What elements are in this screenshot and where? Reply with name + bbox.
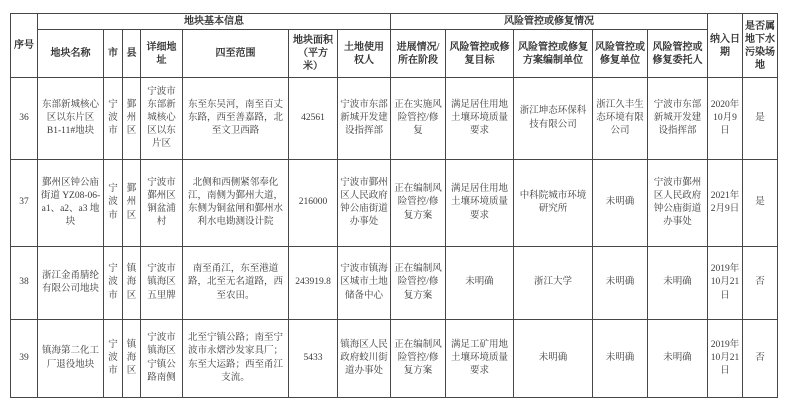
row36-progress: 正在实施风险管控/修复	[391, 78, 446, 160]
row38-name: 浙江金甬腈纶有限公司地块	[38, 247, 104, 320]
row38-address: 宁波市镇海区五里牌	[141, 247, 183, 320]
header-groundwater: 是否属地下水污染场地	[743, 14, 778, 78]
header-city: 市	[104, 30, 123, 78]
row37-progress: 正在编制风险管控/修复方案	[391, 160, 446, 247]
row37-county: 鄞州区	[123, 160, 141, 247]
header-plan-unit: 风险管控或修复方案编制单位	[514, 30, 593, 78]
row36-county: 鄞州区	[123, 78, 141, 160]
row38-date: 2019年10月21日	[708, 247, 743, 320]
row37-repair-unit: 未明确	[593, 160, 648, 247]
row38-city: 宁波市	[104, 247, 123, 320]
land-parcel-table: 序号 地块基本信息 风险管控或修复情况 纳入日期 是否属地下水污染场地 地块名称…	[10, 13, 778, 398]
row37-name: 鄞州区钟公庙街道 YZ08-06-a1、a2、a3 地块	[38, 160, 104, 247]
row37-boundaries: 北侧和西侧紧邻奉化江，南侧为鄞州大道，东侧为铜盆闸和鄞州水利水电勘测设计院	[183, 160, 289, 247]
row38-client: 未明确	[648, 247, 708, 320]
row37-land-user: 宁波市鄞州区人民政府钟公庙街道办事处	[338, 160, 391, 247]
row39-address: 宁波市镇海区宁镇公路南侧	[141, 320, 183, 398]
row39-date: 2019年10月21日	[708, 320, 743, 398]
header-columns-row: 地块名称 市 县 详细地址 四至范围 地块面积（平方米） 土地使用权人 进展情况…	[11, 30, 778, 78]
row39-groundwater: 否	[743, 320, 778, 398]
row36-repair-unit: 浙江久丰生态环境有限公司	[593, 78, 648, 160]
row37-client: 宁波市鄞州区人民政府钟公庙街道办事处	[648, 160, 708, 247]
row39-name: 镇海第二化工厂退役地块	[38, 320, 104, 398]
row39-county: 镇海区	[123, 320, 141, 398]
row37-plan-unit: 中科院城市环境研究所	[514, 160, 593, 247]
row39-land-user: 镇海区人民政府蛟川街道办事处	[338, 320, 391, 398]
row38-target: 未明确	[446, 247, 514, 320]
row38-county: 镇海区	[123, 247, 141, 320]
row38-repair-unit: 未明确	[593, 247, 648, 320]
header-target: 风险管控或修复目标	[446, 30, 514, 78]
row39-client: 未明确	[648, 320, 708, 398]
row38-area: 243919.8	[289, 247, 338, 320]
header-group-risk-status: 风险管控或修复情况	[391, 14, 708, 30]
header-date: 纳入日期	[708, 14, 743, 78]
header-address: 详细地址	[141, 30, 183, 78]
header-serial: 序号	[11, 14, 38, 78]
header-boundaries: 四至范围	[183, 30, 289, 78]
row38-plan-unit: 浙江大学	[514, 247, 593, 320]
row38-serial: 38	[11, 247, 38, 320]
row36-area: 42561	[289, 78, 338, 160]
row37-groundwater: 是	[743, 160, 778, 247]
row39-plan-unit: 未明确	[514, 320, 593, 398]
row38-boundaries: 南至甬江，东至港道路，北至无名道路，西至农田。	[183, 247, 289, 320]
row38-land-user: 宁波市镇海区城市土地储备中心	[338, 247, 391, 320]
row36-land-user: 宁波市东部新城开发建设指挥部	[338, 78, 391, 160]
row39-area: 5433	[289, 320, 338, 398]
header-group-row: 序号 地块基本信息 风险管控或修复情况 纳入日期 是否属地下水污染场地	[11, 14, 778, 30]
header-group-basic-info: 地块基本信息	[38, 14, 391, 30]
row39-repair-unit: 未明确	[593, 320, 648, 398]
row39-city: 宁波市	[104, 320, 123, 398]
row36-address: 宁波市东部新城核心区以东片区	[141, 78, 183, 160]
row39-target: 满足工矿用地土壤环境质量要求	[446, 320, 514, 398]
row36-date: 2020年10月9日	[708, 78, 743, 160]
row39-progress: 正在编制风险管控/修复方案	[391, 320, 446, 398]
row37-city: 宁波市	[104, 160, 123, 247]
header-client: 风险管控或修复委托人	[648, 30, 708, 78]
row37-address: 宁波市鄞州区铜盆浦村	[141, 160, 183, 247]
row37-serial: 37	[11, 160, 38, 247]
document-page: 序号 地块基本信息 风险管控或修复情况 纳入日期 是否属地下水污染场地 地块名称…	[0, 0, 800, 407]
row39-boundaries: 北至宁镇公路；南至宁波市永熠沙发家具厂；东至大运路；西至甬江支流。	[183, 320, 289, 398]
header-repair-unit: 风险管控或修复单位	[593, 30, 648, 78]
row36-serial: 36	[11, 78, 38, 160]
row36-groundwater: 是	[743, 78, 778, 160]
row38-progress: 正在编制风险管控/修复方案	[391, 247, 446, 320]
row36-target: 满足居住用地土壤环境质量要求	[446, 78, 514, 160]
row36-plan-unit: 浙江坤态环保科技有限公司	[514, 78, 593, 160]
row36-boundaries: 东至东吴河，南至百丈东路，西至善嘉路，北至文卫西路	[183, 78, 289, 160]
table-row-36: 36 东部新城核心区以东片区 B1-11#地块 宁波市 鄞州区 宁波市东部新城核…	[11, 78, 778, 160]
table-row-39: 39 镇海第二化工厂退役地块 宁波市 镇海区 宁波市镇海区宁镇公路南侧 北至宁镇…	[11, 320, 778, 398]
header-name: 地块名称	[38, 30, 104, 78]
row36-city: 宁波市	[104, 78, 123, 160]
row37-target: 满足居住用地土壤环境质量要求	[446, 160, 514, 247]
row37-area: 216000	[289, 160, 338, 247]
row38-groundwater: 否	[743, 247, 778, 320]
header-county: 县	[123, 30, 141, 78]
header-progress: 进展情况/所在阶段	[391, 30, 446, 78]
table-row-38: 38 浙江金甬腈纶有限公司地块 宁波市 镇海区 宁波市镇海区五里牌 南至甬江，东…	[11, 247, 778, 320]
row37-date: 2021年2月9日	[708, 160, 743, 247]
table-row-37: 37 鄞州区钟公庙街道 YZ08-06-a1、a2、a3 地块 宁波市 鄞州区 …	[11, 160, 778, 247]
row36-name: 东部新城核心区以东片区 B1-11#地块	[38, 78, 104, 160]
header-area: 地块面积（平方米）	[289, 30, 338, 78]
header-land-user: 土地使用权人	[338, 30, 391, 78]
row36-client: 宁波市东部新城开发建设指挥部	[648, 78, 708, 160]
row39-serial: 39	[11, 320, 38, 398]
